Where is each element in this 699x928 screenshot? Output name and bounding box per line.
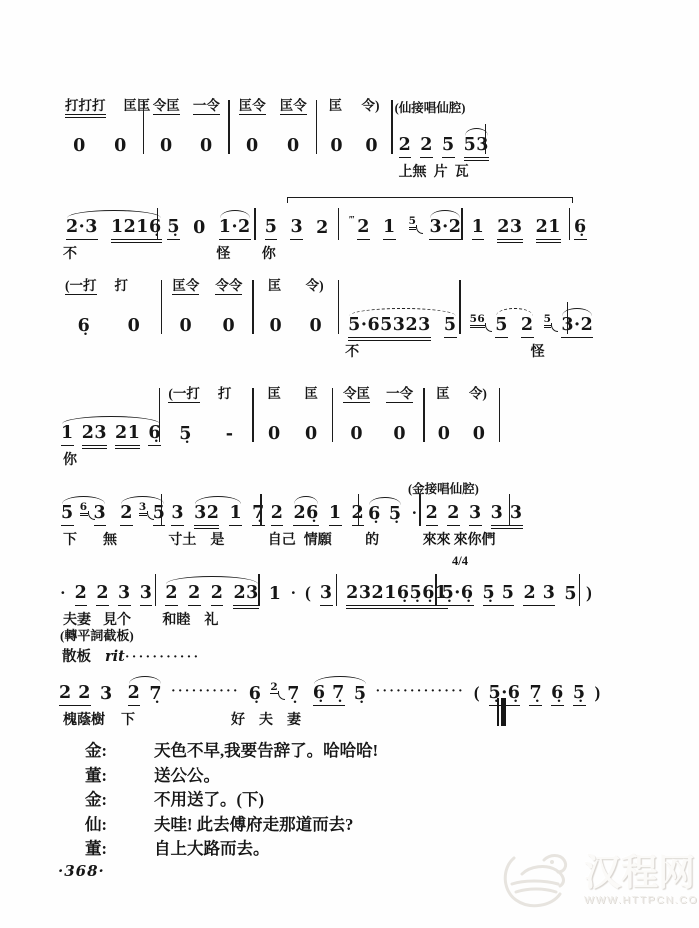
note: 1216̣ (111, 219, 162, 241)
note: 2 (75, 585, 88, 607)
percussion-row: 匡令 令令 (162, 278, 252, 304)
percussion-row: 匡 令) (254, 278, 338, 304)
page-number: ·368· (58, 862, 105, 880)
note: 5 (444, 317, 457, 339)
lyric: 寸土 (168, 529, 196, 546)
lyric: 槐蔭樹 (63, 709, 105, 726)
note-row: 5̣ - (160, 412, 252, 446)
note: 21 (536, 219, 561, 241)
note: 21 (115, 425, 140, 447)
note: 3 (100, 686, 113, 707)
percussion-syllable: (一打 (168, 386, 200, 403)
lyric: 瓦 (455, 161, 469, 178)
grace-note: 5 (409, 216, 417, 229)
note: 5̣ (167, 219, 180, 241)
note-row: 0 0 (317, 124, 391, 158)
note: 3 (140, 585, 153, 607)
measure: ‴ 2 1 5 3·2 (339, 206, 461, 240)
grace-note: 56 (470, 314, 486, 327)
measure: (一打 打 5̣ - (160, 386, 252, 446)
final-barline-thick (501, 698, 506, 726)
note-row: 5̣ 0 1·2 (158, 206, 254, 240)
rit-label: rit (105, 648, 125, 665)
measure: 2 2 2 23 和睦 礼 (156, 572, 258, 626)
measure: 匡令 令令 0 0 (162, 278, 252, 338)
note: 6̣ (148, 425, 161, 447)
dialogue-text: 送公公。 (154, 766, 220, 785)
note-row: 1 23 21 6̣ (57, 412, 159, 446)
grace-note: 2 (270, 682, 278, 695)
note-row: 0 0 (425, 412, 499, 446)
note: 2 (165, 585, 178, 607)
note: 6̣ (551, 685, 564, 707)
note: 0 (330, 138, 343, 159)
note: 0 (193, 220, 206, 241)
time-signature: 4/4 (452, 554, 468, 569)
measure: 56 5 2 5 3·2 怪 (461, 278, 567, 358)
dialogue-line: 金:不用送了。(下) (85, 788, 378, 813)
lyric: 怪 (531, 341, 545, 358)
note: 5̣ (389, 506, 402, 527)
speaker-label: 董: (85, 764, 154, 789)
lyric-row: 怪 (461, 338, 567, 358)
note: 6̣ (78, 318, 91, 339)
note: 0 (438, 426, 451, 447)
percussion-syllable: 打打打 (65, 98, 106, 115)
final-barline (497, 698, 506, 726)
measure: · 2 2 3 3 夫妻 見个 (57, 572, 155, 626)
note-row: 6̣ 0 (57, 304, 161, 338)
note: 2 (357, 219, 370, 241)
dialogue-line: 董:自上大路而去。 (85, 837, 378, 862)
note-row: 0 0 (254, 304, 338, 338)
note: 23 (82, 425, 107, 447)
note-row: 2 2 5 53 (393, 124, 485, 158)
note: 0 (73, 138, 86, 159)
slur-group: 32 1 (194, 505, 242, 527)
note-row: 0 0 (57, 124, 143, 158)
percussion-row: 令匡 一令 (144, 98, 228, 124)
percussion-syllable: 打 (218, 386, 232, 402)
sanban-label: 散板 (62, 649, 91, 665)
note: 0 (287, 138, 300, 159)
note: 0 (393, 426, 406, 447)
note: 2 (316, 220, 329, 241)
note: 0 (269, 318, 282, 339)
note: 5·65323 (348, 317, 431, 339)
note: 0 (305, 426, 318, 447)
note: 3 3 (491, 505, 523, 527)
note: 2 (271, 505, 284, 527)
dialogue-text: 夫哇! 此去傅府走那道而去? (154, 815, 353, 834)
measure: 5·65323 5 不 (339, 278, 459, 358)
percussion-row (339, 278, 459, 304)
measure: 匡 令) 0 0 (425, 386, 499, 446)
percussion-syllable: 匡 (268, 278, 282, 294)
note: 7̣ (149, 686, 162, 707)
note-row: 0 0 (162, 304, 252, 338)
lyric-row: 你 (57, 446, 159, 466)
note: 6̣ (249, 686, 262, 707)
grace-note: 5 (544, 314, 552, 327)
note-row: 1 23 21 6̣ (463, 206, 569, 240)
note: 2 (521, 317, 534, 339)
slur-group: 3·2 (561, 317, 593, 339)
percussion-row: (一打 打 (160, 386, 252, 412)
note-row: 3 32 1 7̣ (162, 492, 260, 526)
measure: 1 · ( 3 (260, 572, 336, 606)
note: 0 (200, 138, 213, 159)
note: 1 (383, 219, 396, 241)
lyric-row: 夫妻 見个 (57, 606, 155, 626)
lyric: 好 (231, 709, 245, 726)
speaker-label: 金: (85, 739, 154, 764)
note: 26̣ (293, 505, 318, 527)
note: 5 (442, 137, 455, 159)
speaker-label: 董: (85, 837, 154, 862)
percussion-syllable: 匡令 (239, 98, 266, 115)
percussion-syllable: 令匡 (153, 98, 180, 115)
watermark-site-name: 汉程网 (584, 855, 699, 892)
percussion-row: 令匡 一令 (333, 386, 423, 412)
measure: 5 6 3 2 3 5 下 無 (57, 492, 161, 546)
barline (579, 574, 580, 606)
lyric: 片 (434, 161, 448, 178)
lyric-row: 槐蔭樹 下 好 夫 妻 (57, 706, 497, 726)
note: 5 (564, 586, 577, 607)
note-row: 1 · ( 3 (260, 572, 336, 606)
note: 3 (290, 219, 303, 241)
lyric: 情願 (304, 529, 332, 546)
annotation-row: (仙接唱仙腔) (393, 98, 485, 124)
measure: 匡 令) 0 0 (254, 278, 338, 338)
note: 0 (350, 426, 363, 447)
note: 2 (420, 137, 433, 159)
rit-dots: ··········· (125, 650, 201, 671)
grace-note: 6 (80, 502, 88, 515)
slur-group: 1·2 (219, 219, 251, 241)
watermark-text: 汉程网 WWW.HTTPCN.COM (584, 855, 699, 906)
percussion-syllable: 匡令 (280, 98, 307, 115)
note: 0 (246, 138, 259, 159)
lyric: 自己 (268, 529, 296, 546)
lyric: 無 (103, 529, 117, 546)
hold-dots: ············· (376, 684, 465, 706)
lyric-row: 下 無 (57, 526, 161, 546)
open-paren: ( (305, 583, 311, 606)
note-row: 2·3 1216̣ (57, 206, 157, 240)
slur-group: 5·65323 5 (348, 317, 456, 339)
measure: 令匡 一令 0 0 (144, 98, 228, 158)
percussion-syllable: 令) (469, 386, 487, 402)
note: 5̣ (573, 685, 586, 707)
lyric: 不 (63, 243, 77, 260)
tempo-annotation: (轉平詞截板) (60, 625, 134, 644)
note: 6̣ 7̣ (313, 685, 345, 707)
note: 2 (96, 585, 109, 607)
measure: 2 2 3 3 3 來來 來你們 (421, 492, 509, 546)
note: 0 (473, 426, 486, 447)
note: 5 (265, 219, 278, 241)
note: 23 (233, 585, 258, 607)
percussion-syllable: 打 (115, 278, 129, 294)
note: 53 (464, 137, 489, 159)
measure: 3 32 1 7̣ 寸土 是 (162, 492, 260, 546)
note: 32 (194, 505, 219, 527)
note: 5̣ 5 (483, 585, 515, 607)
note: 5 (495, 317, 508, 339)
slur-group: 1 23 21 6̣ (61, 425, 161, 447)
music-system-7: 2 2 3 2 7̣ ·········· 6̣ 2 7̣ 6̣ 7̣ 5̣ ·… (57, 672, 527, 726)
note: 23 (497, 219, 522, 241)
note-row: 0 0 (333, 412, 423, 446)
lyric: 夫妻 (63, 609, 91, 626)
percussion-syllable: (一打 (65, 278, 97, 295)
note: 1 (329, 505, 342, 527)
percussion-syllable: 匡 (436, 386, 450, 402)
note: 1 (61, 425, 74, 447)
score-page: { "meta": { "page_number": "·368·" }, "w… (0, 0, 699, 928)
note: 3 (118, 585, 131, 607)
note: 0 (365, 138, 378, 159)
slur-group: 2 3 5 (120, 505, 165, 527)
measure: 2 2 3 2 7̣ ·········· 6̣ 2 7̣ 6̣ 7̣ 5̣ ·… (57, 672, 497, 726)
slur-group: 3·2 (429, 219, 461, 241)
slur-group: 2 7̣ (128, 685, 162, 707)
measure: 匡令 匡令 0 0 (230, 98, 316, 158)
note: 2 3 (523, 585, 555, 607)
measure: 打打打 匡匡 0 0 (57, 98, 143, 158)
lyric: 是 (210, 529, 224, 546)
note: 2 (188, 585, 201, 607)
hold-dots: ·········· (171, 684, 240, 706)
lyric: 下 (121, 709, 135, 726)
percussion-row: 匡 令) (317, 98, 391, 124)
measure: 5̣·6̣ 5̣ 5 2 3 5 ) (437, 572, 579, 606)
note-row: 5 3 2 (256, 206, 338, 240)
measure: 6̣ 5̣ · 的 (359, 492, 419, 546)
slur-group: 26̣ (293, 505, 318, 527)
note: 2 2 (59, 685, 91, 707)
barline (499, 388, 500, 442)
dialogue-text: 不用送了。(下) (154, 790, 264, 809)
note: 2 (426, 505, 439, 527)
slur-group: 6̣ 5̣ (368, 506, 401, 527)
note: 3 (469, 505, 482, 527)
note: 5 (61, 505, 74, 527)
measure: (一打 打 6̣ 0 (57, 278, 161, 338)
dialogue-text: 自上大路而去。 (154, 839, 270, 858)
note: 3 (171, 505, 184, 527)
note: 2 (120, 505, 133, 527)
carryover-dot: · (60, 583, 66, 606)
lyric: 你 (262, 243, 276, 260)
music-system-3: (一打 打 6̣ 0 匡令 令令 0 0 匡 令) 0 0 (57, 278, 565, 358)
watermark: 汉程网 WWW.HTTPCN.COM (500, 846, 699, 914)
percussion-syllable: 令) (362, 98, 380, 114)
note: 6̣ (368, 506, 381, 527)
measure: 5 3 2 你 (256, 206, 338, 260)
watermark-logo (500, 846, 580, 914)
lyric: 妻 (287, 709, 301, 726)
tremolo-mark: ‴ (348, 214, 353, 226)
lyric: 礼 (204, 609, 218, 626)
note: 7̣ (529, 685, 542, 707)
dialogue-line: 仙:夫哇! 此去傅府走那道而去? (85, 813, 378, 838)
lyric: 的 (365, 529, 379, 546)
lyric: 來來 (423, 529, 451, 546)
barline (569, 208, 570, 240)
measure: 匡 令) 0 0 (317, 98, 391, 158)
dialogue-line: 董:送公公。 (85, 764, 378, 789)
measure: 2·3 1216̣ 不 (57, 206, 157, 260)
note: 0 (309, 318, 322, 339)
note: 3 (94, 505, 107, 527)
measure: 5̣ 0 1·2 怪 (158, 206, 254, 260)
note: 2 (211, 585, 224, 607)
final-barline-thin (497, 698, 499, 726)
note-row: 6̣ 5̣ · (359, 492, 419, 526)
percussion-syllable: 匡 (268, 386, 282, 402)
music-system-6: · 2 2 3 3 夫妻 見个 2 2 2 23 和睦 礼 1 · (57, 572, 575, 626)
note: 5̣ (179, 426, 192, 447)
note: 3 (320, 585, 333, 607)
note-row: 5̣·6̣ 5̣ 5 2 3 5 ) (437, 572, 579, 606)
percussion-syllable: 令) (306, 278, 324, 294)
watermark-site-url: WWW.HTTPCN.COM (584, 894, 699, 906)
lyric: 怪 (216, 243, 230, 260)
lyric: 夫 (259, 709, 273, 726)
note: 1·2 (219, 219, 251, 241)
percussion-row: 匡 匡 (254, 386, 332, 412)
note: 6̣ (574, 219, 587, 241)
measure: 23216̣5̣6̣1 (337, 572, 435, 606)
note: - (226, 426, 234, 447)
measure: 1 23 21 6̣ (463, 206, 569, 240)
note-row: ‴ 2 1 5 3·2 (339, 206, 461, 240)
slur-group: 6̣ 7̣ 5̣ (313, 685, 367, 707)
note-row: 0 0 (144, 124, 228, 158)
note: 0 (114, 138, 127, 159)
slur-group: 53 (464, 137, 489, 159)
music-system-1: 打打打 匡匡 0 0 令匡 一令 0 0 匡令 匡令 0 0 匡 令) (57, 98, 483, 178)
note: 1 (229, 505, 242, 527)
percussion-syllable: 一令 (193, 98, 220, 115)
lyric: 見个 (103, 609, 131, 626)
percussion-row: 匡 令) (425, 386, 499, 412)
tempo-annotation: 散板rit··········· (62, 645, 200, 666)
speaker-label: 金: (85, 788, 154, 813)
note-row: 2 2 3 3 3 (421, 492, 509, 526)
note: 7̣ (287, 686, 300, 707)
note-row: 2 2 2 23 (156, 572, 258, 606)
lyric-row: 自己 情願 (262, 526, 358, 546)
dialogue-line: 金:天色不早,我要告辞了。哈哈哈! (85, 739, 378, 764)
lyric: 下 (63, 529, 77, 546)
dialogue-text: 天色不早,我要告辞了。哈哈哈! (154, 741, 378, 760)
note: 0 (160, 138, 173, 159)
note: 2·3 (66, 219, 98, 241)
percussion-row (461, 278, 567, 304)
augmentation-dot: · (412, 503, 418, 526)
note-row: 2 2 3 2 7̣ ·········· 6̣ 2 7̣ 6̣ 7̣ 5̣ ·… (57, 672, 497, 706)
note: 0 (128, 318, 141, 339)
percussion-syllable: 匡 (305, 386, 319, 402)
note: 2 (128, 685, 141, 707)
note-row: 5 6 3 2 3 5 (57, 492, 161, 526)
note: 3·2 (429, 219, 461, 241)
music-system-4: 1 23 21 6̣ 你 (一打 打 5̣ - 匡 匡 0 0 (57, 386, 493, 466)
percussion-syllable: 令令 (215, 278, 242, 295)
grace-note: 3 (139, 502, 147, 515)
percussion-syllable: 匡令 (172, 278, 199, 295)
note: 0 (268, 426, 281, 447)
percussion-row: 打打打 匡匡 (57, 98, 143, 124)
percussion-row: 匡令 匡令 (230, 98, 316, 124)
note: 23216̣5̣6̣1 (346, 585, 447, 607)
note-row: 0 0 (254, 412, 332, 446)
lyric: 上無 (399, 161, 427, 178)
percussion-row: (一打 打 (57, 278, 161, 304)
note-row: 56 5 2 5 3·2 (461, 304, 567, 338)
percussion-syllable: 匡 (329, 98, 343, 114)
note-row: 23216̣5̣6̣1 (337, 572, 435, 606)
speaker-label: 仙: (85, 813, 154, 838)
note: 2 (447, 505, 460, 527)
note: 1 (472, 219, 485, 241)
note: 1 (269, 586, 282, 607)
note: 5̣ (354, 686, 367, 707)
music-system-2: 2·3 1216̣ 不 5̣ 0 1·2 怪 5 3 2 你 ‴ (57, 206, 573, 260)
slur-group: 2·3 1216̣ (66, 219, 162, 241)
note-row: 0 0 (230, 124, 316, 158)
percussion-syllable: 一令 (386, 386, 413, 403)
dialogue-block: 金:天色不早,我要告辞了。哈哈哈! 董:送公公。 金:不用送了。(下) 仙:夫哇… (85, 739, 378, 862)
lyric-row: 的 (359, 526, 419, 546)
slur-group: 5 2 (495, 317, 533, 339)
slur-group: 2 2 2 23 (165, 585, 258, 607)
measure: (仙接唱仙腔) 2 2 5 53 上無 片 瓦 (393, 98, 485, 178)
percussion-syllable: 令匡 (343, 386, 370, 403)
note: 2 (399, 137, 412, 159)
open-paren: ( (474, 683, 480, 706)
lyric-row: 怪 (158, 240, 254, 260)
vocal-entry-annotation: (仙接唱仙腔) (395, 98, 466, 116)
lyric: 不 (345, 341, 359, 358)
measure: 匡 匡 0 0 (254, 386, 332, 446)
measure: 令匡 一令 0 0 (333, 386, 423, 446)
close-paren: ) (595, 683, 601, 706)
phrase-mark (287, 197, 573, 203)
note: 0 (180, 318, 193, 339)
lyric: 和睦 (162, 609, 190, 626)
note-row: 5·65323 5 (339, 304, 459, 338)
measure: 2 26̣ 1 2 自己 情願 (262, 492, 358, 546)
note-row: · 2 2 3 3 (57, 572, 155, 606)
note-row: 2 26̣ 1 2 (262, 492, 358, 526)
note: 3·2 (561, 317, 593, 339)
note: 5 (153, 505, 166, 527)
note: 0 (223, 318, 236, 339)
lyric: 你 (63, 449, 77, 466)
measure: 1 23 21 6̣ 你 (57, 386, 159, 466)
slur-group: 5 6 3 (61, 505, 106, 527)
music-system-5: 5 6 3 2 3 5 下 無 3 32 1 7̣ 寸土 是 (57, 492, 489, 546)
lyric: 來你們 (454, 529, 496, 546)
augmentation-dot: · (290, 583, 296, 606)
percussion-row (57, 386, 159, 412)
lyric-row: 你 (256, 240, 338, 260)
